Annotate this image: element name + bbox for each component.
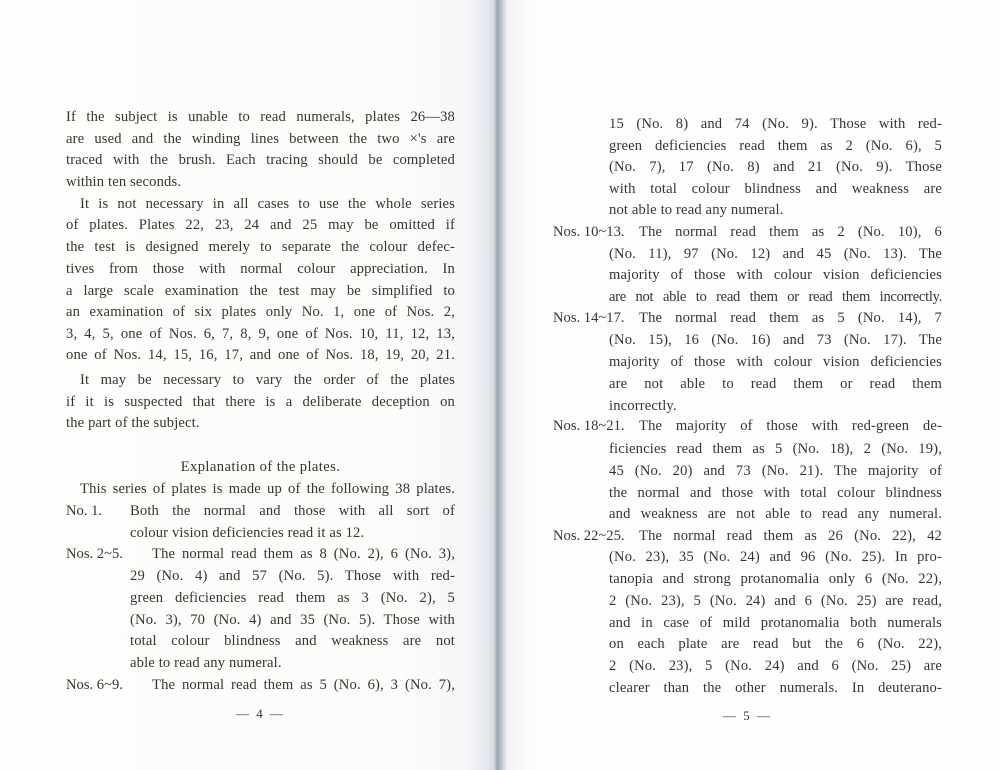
- text-line: tanopia and strong protanomalia only 6 (…: [609, 570, 942, 588]
- text-line: (No. 3), 70 (No. 4) and 35 (No. 5). Thos…: [130, 611, 455, 629]
- entry-label: No. 1.: [66, 502, 102, 520]
- text-line: not able to read any numeral.: [609, 201, 784, 219]
- text-line: (No. 7), 17 (No. 8) and 21 (No. 9). Thos…: [609, 158, 942, 176]
- text-line: 2 (No. 23), 5 (No. 24) and 6 (No. 25) ar…: [609, 592, 942, 610]
- text-line: an examination of six plates only No. 1,…: [66, 303, 455, 321]
- text-line: The normal read them as 5 (No. 6), 3 (No…: [152, 676, 455, 694]
- text-line: traced with the brush. Each tracing shou…: [66, 151, 455, 169]
- text-line: If the subject is unable to read numeral…: [66, 108, 455, 126]
- text-line: and in case of mild protanomalia both nu…: [609, 614, 942, 632]
- page-number: — 4 —: [66, 705, 455, 723]
- text-line: This series of plates is made up of the …: [80, 480, 455, 498]
- text-line: colour vision deficiencies read it as 12…: [130, 524, 364, 542]
- text-line: majority of those with colour vision def…: [609, 266, 942, 284]
- text-line: green deficiencies read them as 3 (No. 2…: [130, 589, 455, 607]
- text-line: (No. 11), 97 (No. 12) and 45 (No. 13). T…: [609, 245, 942, 263]
- text-line: The normal read them as 26 (No. 22), 42: [639, 527, 942, 545]
- entry-label: Nos. 22~25.: [553, 527, 625, 545]
- text-line: a large scale examination the test may b…: [66, 282, 455, 300]
- entry-label: Nos. 14~17.: [553, 309, 625, 327]
- text-line: are not able to read them or read them i…: [609, 288, 942, 306]
- text-line: The normal read them as 5 (No. 14), 7: [639, 309, 942, 327]
- text-line: green deficiencies read them as 2 (No. 6…: [609, 137, 942, 155]
- text-line: able to read any numeral.: [130, 654, 282, 672]
- text-line: majority of those with colour vision def…: [609, 353, 942, 371]
- text-line: are used and the winding lines between t…: [66, 130, 455, 148]
- entry-label: Nos. 6~9.: [66, 676, 123, 694]
- text-line: with total colour blindness and weakness…: [609, 180, 942, 198]
- text-line: 29 (No. 4) and 57 (No. 5). Those with re…: [130, 567, 455, 585]
- text-line: It is not necessary in all cases to use …: [80, 195, 455, 213]
- text-line: total colour blindness and weakness are …: [130, 632, 455, 650]
- text-line: 45 (No. 20) and 73 (No. 21). The majorit…: [609, 462, 942, 480]
- text-line: and weakness are not able to read any nu…: [609, 505, 942, 523]
- text-line: clearer than the other numerals. In deut…: [609, 679, 942, 697]
- text-line: are not able to read them or read them: [609, 375, 942, 393]
- text-line: It may be necessary to vary the order of…: [80, 371, 455, 389]
- text-line: within ten seconds.: [66, 173, 181, 191]
- text-line: Both the normal and those with all sort …: [130, 502, 455, 520]
- text-line: one of Nos. 14, 15, 16, 17, and one of N…: [66, 346, 455, 364]
- text-line: The normal read them as 8 (No. 2), 6 (No…: [152, 545, 455, 563]
- text-line: the test is designed merely to separate …: [66, 238, 455, 256]
- text-line: tives from those with normal colour appr…: [66, 260, 455, 278]
- left-page: If the subject is unable to read numeral…: [0, 0, 497, 770]
- text-line: ficiencies read them as 5 (No. 18), 2 (N…: [609, 440, 942, 458]
- entry-label: Nos. 18~21.: [553, 417, 625, 435]
- entry-label: Nos. 10~13.: [553, 223, 625, 241]
- text-line: the part of the subject.: [66, 414, 200, 432]
- text-line: The normal read them as 2 (No. 10), 6: [639, 223, 942, 241]
- page-number: — 5 —: [553, 707, 942, 725]
- text-line: of plates. Plates 22, 23, 24 and 25 may …: [66, 216, 455, 234]
- text-line: 2 (No. 23), 5 (No. 24) and 6 (No. 25) ar…: [609, 657, 942, 675]
- right-page: 15 (No. 8) and 74 (No. 9). Those with re…: [508, 0, 1000, 770]
- text-line: the normal and those with total colour b…: [609, 484, 942, 502]
- text-line: (No. 15), 16 (No. 16) and 73 (No. 17). T…: [609, 331, 942, 349]
- text-line: (No. 23), 35 (No. 24) and 96 (No. 25). I…: [609, 548, 942, 566]
- section-heading: Explanation of the plates.: [66, 458, 455, 476]
- text-line: 3, 4, 5, one of Nos. 6, 7, 8, 9, one of …: [66, 325, 455, 343]
- text-line: incorrectly.: [609, 397, 677, 415]
- text-line: The majority of those with red-green de-: [639, 417, 942, 435]
- entry-label: Nos. 2~5.: [66, 545, 123, 563]
- text-line: 15 (No. 8) and 74 (No. 9). Those with re…: [609, 115, 942, 133]
- text-line: if it is suspected that there is a delib…: [66, 393, 455, 411]
- text-line: on each plate are read but the 6 (No. 22…: [609, 635, 942, 653]
